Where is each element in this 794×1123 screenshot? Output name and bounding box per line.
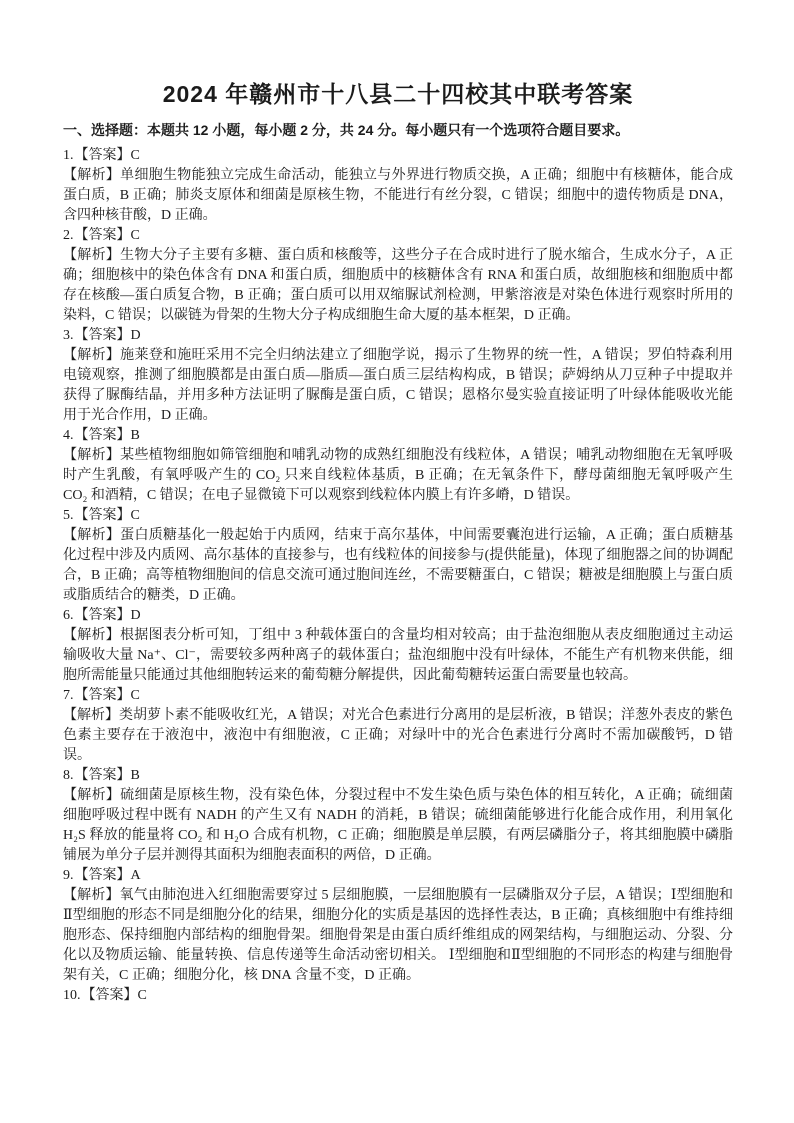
analysis-label: 【解析】 <box>63 788 120 803</box>
question-number: 4. <box>63 428 75 443</box>
page-title: 2024 年赣州市十八县二十四校其中联考答案 <box>63 78 733 110</box>
answer-value: D <box>131 328 141 343</box>
analysis-text: 某些植物细胞如筛管细胞和哺乳动物的成熟红细胞没有线粒体，A 错误；哺乳动物细胞在… <box>63 448 733 503</box>
answer-value: C <box>131 508 140 523</box>
analysis-text: 硫细菌是原核生物，没有染色体，分裂过程中不发生染色质与染色体的相互转化，A 正确… <box>63 788 733 863</box>
question-number: 1. <box>63 148 75 163</box>
answer-line: 3.【答案】D <box>63 326 733 346</box>
analysis-label: 【解析】 <box>63 248 120 263</box>
analysis-text: 蛋白质糖基化一般起始于内质网，结束于高尔基体，中间需要囊泡进行运输，A 正确；蛋… <box>63 528 733 603</box>
analysis-label: 【解析】 <box>63 448 120 463</box>
answer-value: C <box>131 148 140 163</box>
answer-line: 7.【答案】C <box>63 686 733 706</box>
answer-line: 8.【答案】B <box>63 766 733 786</box>
analysis-paragraph: 【解析】生物大分子主要有多糖、蛋白质和核酸等，这些分子在合成时进行了脱水缩合，生… <box>63 246 733 326</box>
answer-label: 【答案】 <box>75 508 131 523</box>
answer-label: 【答案】 <box>75 768 131 783</box>
question-block: 9.【答案】A 【解析】氧气由肺泡进入红细胞需要穿过 5 层细胞膜，一层细胞膜有… <box>63 866 733 986</box>
answer-line: 5.【答案】C <box>63 506 733 526</box>
analysis-label: 【解析】 <box>63 348 120 363</box>
answer-value: C <box>138 988 147 1003</box>
question-block: 7.【答案】C 【解析】类胡萝卜素不能吸收红光，A 错误；对光合色素进行分离用的… <box>63 686 733 766</box>
answer-value: A <box>131 868 141 883</box>
question-block: 5.【答案】C 【解析】蛋白质糖基化一般起始于内质网，结束于高尔基体，中间需要囊… <box>63 506 733 606</box>
answer-label: 【答案】 <box>75 228 131 243</box>
answer-line: 2.【答案】C <box>63 226 733 246</box>
question-number: 7. <box>63 688 75 703</box>
question-number: 2. <box>63 228 75 243</box>
analysis-label: 【解析】 <box>63 888 120 903</box>
answer-label: 【答案】 <box>75 148 131 163</box>
answer-line: 6.【答案】D <box>63 606 733 626</box>
analysis-paragraph: 【解析】根据图表分析可知，丁组中 3 种载体蛋白的含量均相对较高；由于盐泡细胞从… <box>63 626 733 686</box>
question-block: 4.【答案】B 【解析】某些植物细胞如筛管细胞和哺乳动物的成熟红细胞没有线粒体，… <box>63 426 733 506</box>
analysis-text: 生物大分子主要有多糖、蛋白质和核酸等，这些分子在合成时进行了脱水缩合，生成水分子… <box>63 248 733 323</box>
question-number: 10. <box>63 988 82 1003</box>
answer-value: D <box>131 608 141 623</box>
answer-line: 4.【答案】B <box>63 426 733 446</box>
question-number: 9. <box>63 868 75 883</box>
answer-label: 【答案】 <box>75 428 131 443</box>
answer-value: B <box>131 768 140 783</box>
question-block: 2.【答案】C 【解析】生物大分子主要有多糖、蛋白质和核酸等，这些分子在合成时进… <box>63 226 733 326</box>
section-header: 一、选择题：本题共 12 小题，每小题 2 分，共 24 分。每小题只有一个选项… <box>63 120 733 140</box>
analysis-paragraph: 【解析】蛋白质糖基化一般起始于内质网，结束于高尔基体，中间需要囊泡进行运输，A … <box>63 526 733 606</box>
answer-label: 【答案】 <box>82 988 138 1003</box>
answer-value: C <box>131 688 140 703</box>
answer-value: B <box>131 428 140 443</box>
question-number: 3. <box>63 328 75 343</box>
analysis-text: 类胡萝卜素不能吸收红光，A 错误；对光合色素进行分离用的是层析液，B 错误；洋葱… <box>63 708 733 763</box>
answer-label: 【答案】 <box>75 868 131 883</box>
question-number: 5. <box>63 508 75 523</box>
analysis-paragraph: 【解析】氧气由肺泡进入红细胞需要穿过 5 层细胞膜，一层细胞膜有一层磷脂双分子层… <box>63 886 733 986</box>
page-content: 2024 年赣州市十八县二十四校其中联考答案 一、选择题：本题共 12 小题，每… <box>63 78 733 1006</box>
answer-label: 【答案】 <box>75 328 131 343</box>
question-block: 8.【答案】B 【解析】硫细菌是原核生物，没有染色体，分裂过程中不发生染色质与染… <box>63 766 733 866</box>
analysis-paragraph: 【解析】硫细菌是原核生物，没有染色体，分裂过程中不发生染色质与染色体的相互转化，… <box>63 786 733 866</box>
analysis-label: 【解析】 <box>63 628 120 643</box>
question-block: 10.【答案】C <box>63 986 733 1006</box>
analysis-text: 根据图表分析可知，丁组中 3 种载体蛋白的含量均相对较高；由于盐泡细胞从表皮细胞… <box>63 628 733 683</box>
question-number: 6. <box>63 608 75 623</box>
analysis-paragraph: 【解析】施莱登和施旺采用不完全归纳法建立了细胞学说，揭示了生物界的统一性，A 错… <box>63 346 733 426</box>
question-block: 1.【答案】C 【解析】单细胞生物能独立完成生命活动，能独立与外界进行物质交换，… <box>63 146 733 226</box>
question-block: 6.【答案】D 【解析】根据图表分析可知，丁组中 3 种载体蛋白的含量均相对较高… <box>63 606 733 686</box>
analysis-label: 【解析】 <box>63 168 120 183</box>
analysis-text: 氧气由肺泡进入红细胞需要穿过 5 层细胞膜，一层细胞膜有一层磷脂双分子层，A 错… <box>63 888 733 983</box>
analysis-paragraph: 【解析】类胡萝卜素不能吸收红光，A 错误；对光合色素进行分离用的是层析液，B 错… <box>63 706 733 766</box>
analysis-label: 【解析】 <box>63 528 120 543</box>
analysis-text: 单细胞生物能独立完成生命活动，能独立与外界进行物质交换，A 正确；细胞中有核糖体… <box>63 168 733 223</box>
answer-sheet-page: 2024 年赣州市十八县二十四校其中联考答案 一、选择题：本题共 12 小题，每… <box>0 0 794 1123</box>
answer-line: 10.【答案】C <box>63 986 733 1006</box>
answer-line: 9.【答案】A <box>63 866 733 886</box>
answer-label: 【答案】 <box>75 608 131 623</box>
analysis-paragraph: 【解析】某些植物细胞如筛管细胞和哺乳动物的成熟红细胞没有线粒体，A 错误；哺乳动… <box>63 446 733 506</box>
analysis-text: 施莱登和施旺采用不完全归纳法建立了细胞学说，揭示了生物界的统一性，A 错误；罗伯… <box>63 348 733 423</box>
analysis-label: 【解析】 <box>63 708 119 723</box>
answer-value: C <box>131 228 140 243</box>
question-number: 8. <box>63 768 75 783</box>
analysis-paragraph: 【解析】单细胞生物能独立完成生命活动，能独立与外界进行物质交换，A 正确；细胞中… <box>63 166 733 226</box>
answer-label: 【答案】 <box>75 688 131 703</box>
answer-line: 1.【答案】C <box>63 146 733 166</box>
question-block: 3.【答案】D 【解析】施莱登和施旺采用不完全归纳法建立了细胞学说，揭示了生物界… <box>63 326 733 426</box>
